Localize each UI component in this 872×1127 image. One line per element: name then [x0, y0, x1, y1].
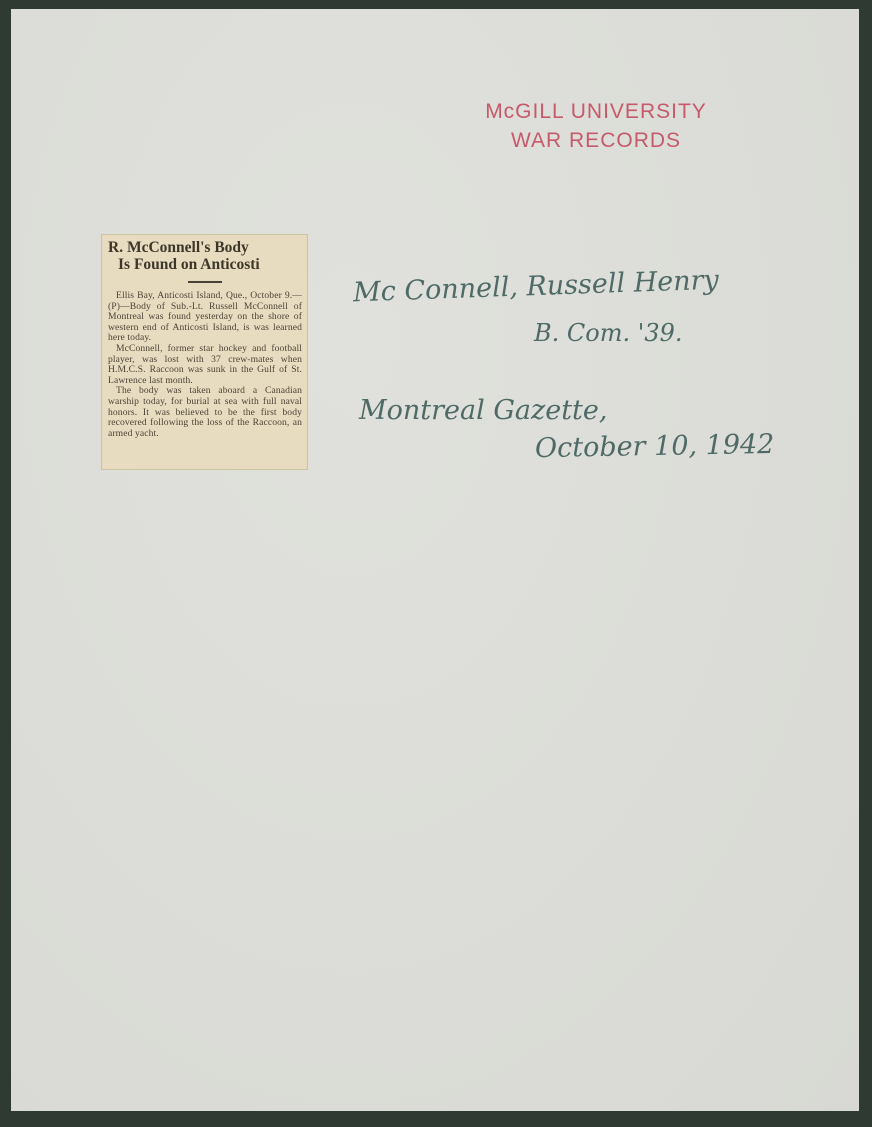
stamp-line-1: McGILL UNIVERSITY	[451, 97, 741, 126]
headline-line-2: Is Found on Anticosti	[108, 256, 302, 273]
handwritten-source: Montreal Gazette,	[359, 395, 607, 426]
handwritten-name: Mc Connell, Russell Henry	[353, 265, 720, 309]
war-records-stamp: McGILL UNIVERSITY WAR RECORDS	[451, 97, 741, 155]
newspaper-clipping: R. McConnell's Body Is Found on Anticost…	[102, 235, 307, 469]
headline-line-1: R. McConnell's Body	[108, 239, 302, 256]
headline-divider	[188, 281, 222, 283]
clipping-paragraph: Ellis Bay, Anticosti Island, Que., Octob…	[108, 291, 302, 344]
clipping-paragraph: The body was taken aboard a Canadian war…	[108, 386, 302, 439]
clipping-headline: R. McConnell's Body Is Found on Anticost…	[108, 239, 302, 273]
handwritten-date: October 10, 1942	[535, 429, 775, 464]
clipping-body: Ellis Bay, Anticosti Island, Que., Octob…	[108, 291, 302, 439]
clipping-paragraph: McConnell, former star hockey and footba…	[108, 344, 302, 386]
stamp-line-2: WAR RECORDS	[451, 126, 741, 155]
handwritten-degree: B. Com. '39.	[534, 319, 683, 347]
archival-page: McGILL UNIVERSITY WAR RECORDS R. McConne…	[11, 9, 859, 1111]
